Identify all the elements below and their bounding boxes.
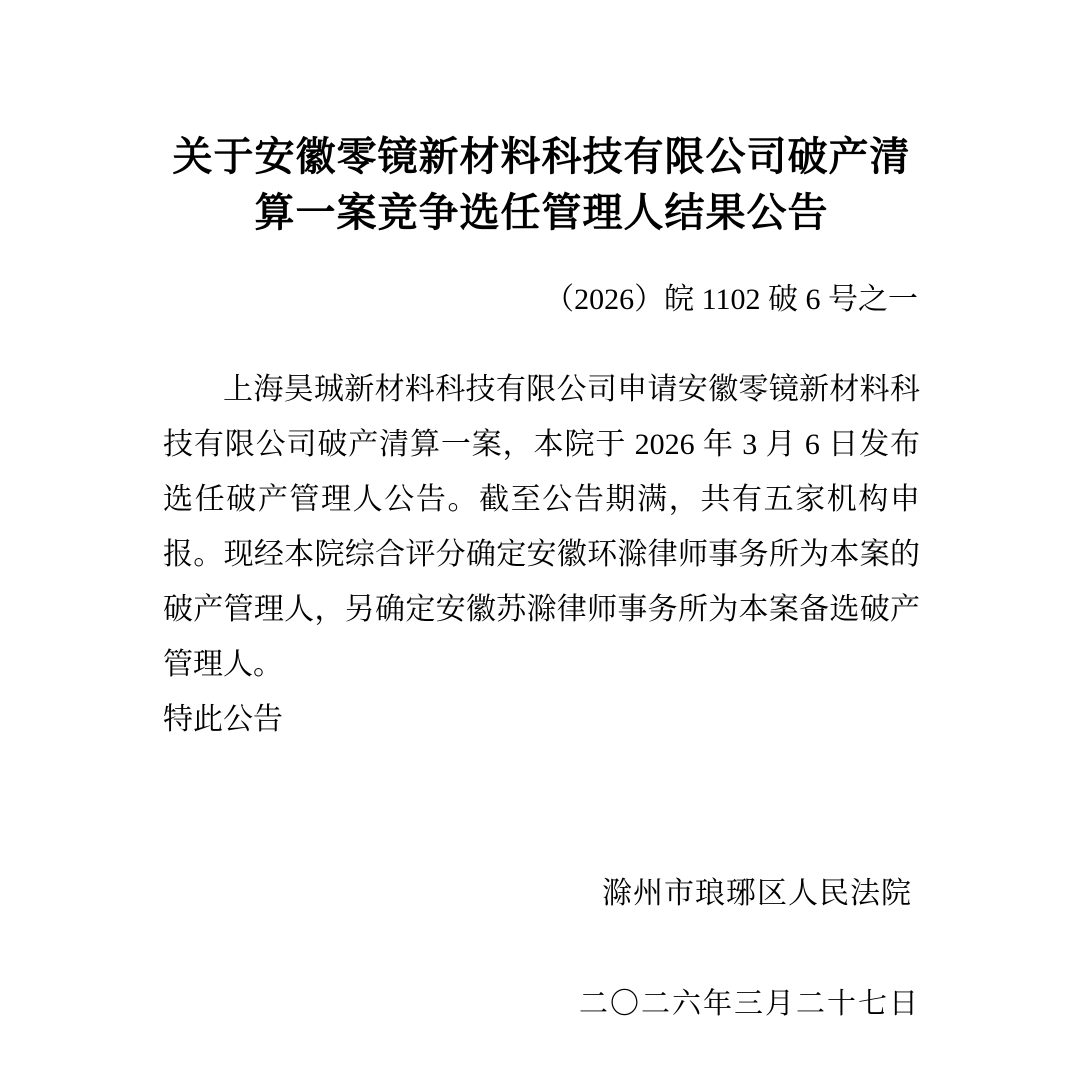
body-paragraph: 上海昊珹新材料科技有限公司申请安徽零镜新材料科技有限公司破产清算一案，本院于 2…	[163, 362, 920, 692]
announcement-document: 关于安徽零镜新材料科技有限公司破产清 算一案竞争选任管理人结果公告 （2026）…	[0, 0, 1080, 1080]
case-number: （2026）皖 1102 破 6 号之一	[163, 276, 918, 324]
closing-statement: 特此公告	[163, 692, 920, 747]
court-name: 滁州市琅琊区人民法院	[163, 870, 912, 918]
announcement-date: 二〇二六年三月二十七日	[163, 980, 920, 1028]
document-title-line-1: 关于安徽零镜新材料科技有限公司破产清	[163, 129, 920, 185]
document-title: 关于安徽零镜新材料科技有限公司破产清 算一案竞争选任管理人结果公告	[163, 129, 920, 241]
document-title-line-2: 算一案竞争选任管理人结果公告	[163, 185, 920, 241]
